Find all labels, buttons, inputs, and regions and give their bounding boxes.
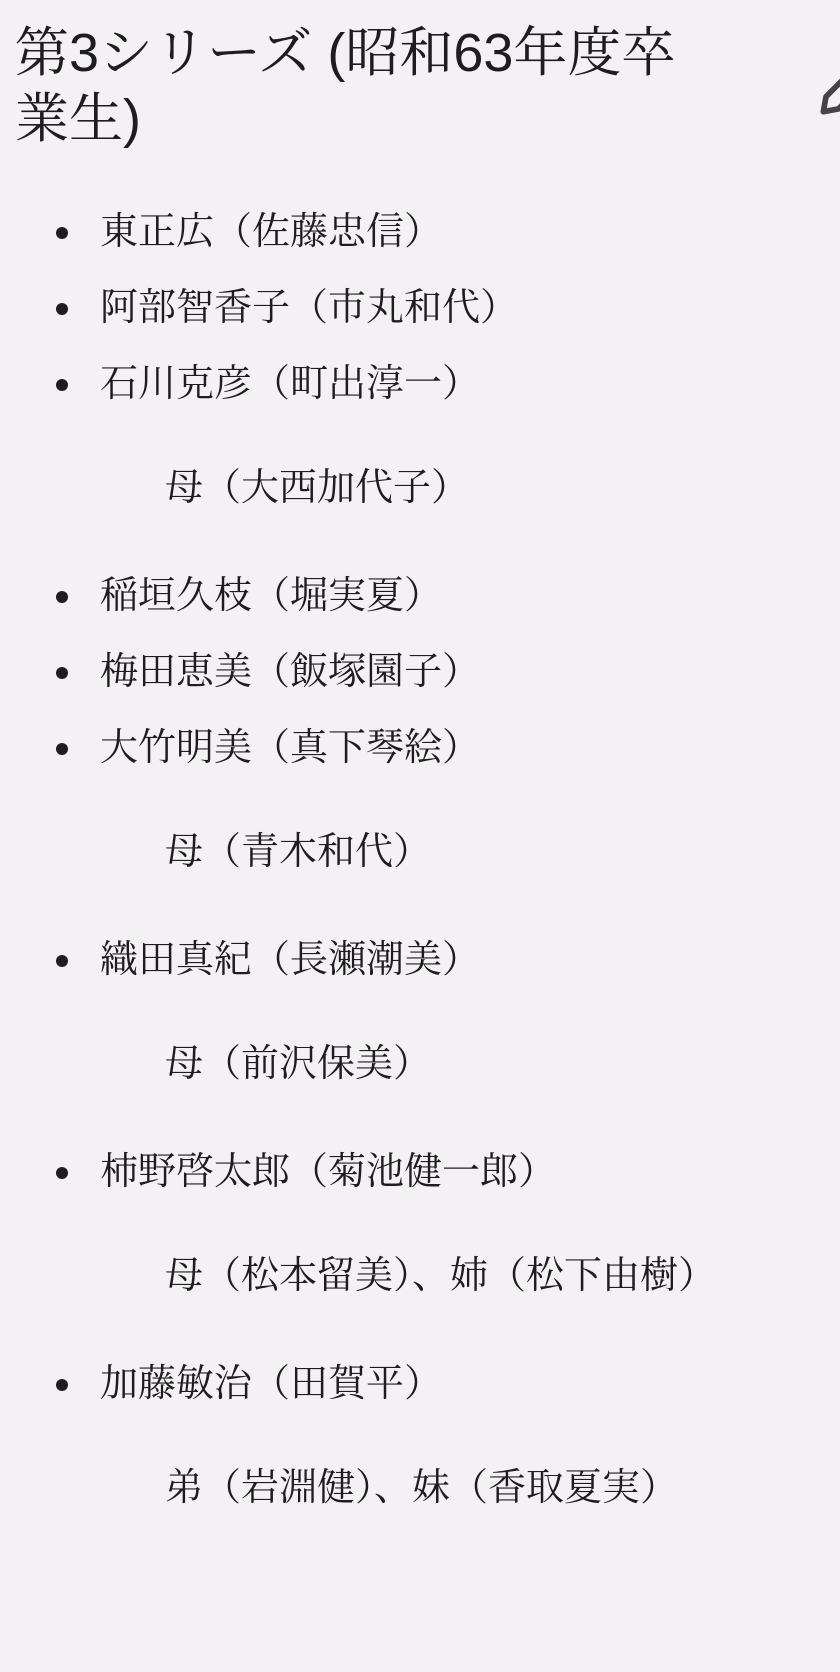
- cast-list-item: 大竹明美（真下琴絵） 母（青木和代）: [0, 726, 840, 874]
- cast-list-item: 阿部智香子（市丸和代）: [0, 286, 840, 330]
- pencil-edit-icon: [815, 40, 840, 120]
- cast-member-name: 加藤敏治（田賀平）: [100, 1363, 442, 1405]
- cast-list-item: 加藤敏治（田賀平） 弟（岩淵健）、妹（香取夏実）: [0, 1362, 840, 1510]
- cast-member-name: 大竹明美（真下琴絵）: [100, 727, 480, 769]
- section-title: 第3シリーズ (昭和63年度卒業生): [15, 23, 675, 149]
- cast-member-name: 梅田恵美（飯塚園子）: [100, 651, 480, 693]
- family-sublist: 母（松本留美）、姉（松下由樹）: [100, 1254, 840, 1298]
- cast-member-name: 阿部智香子（市丸和代）: [100, 287, 518, 329]
- cast-list-item: 織田真紀（長瀬潮美） 母（前沢保美）: [0, 938, 840, 1086]
- cast-list-item: 柿野啓太郎（菊池健一郎） 母（松本留美）、姉（松下由樹）: [0, 1150, 840, 1298]
- family-sublist: 母（大西加代子）: [100, 466, 840, 510]
- family-sublist: 母（前沢保美）: [100, 1042, 840, 1086]
- family-role-line: 弟（岩淵健）、妹（香取夏実）: [165, 1466, 840, 1510]
- cast-member-name: 柿野啓太郎（菊池健一郎）: [100, 1151, 556, 1193]
- cast-list: 東正広（佐藤忠信） 阿部智香子（市丸和代） 石川克彦（町出淳一） 母（大西加代子…: [0, 210, 840, 1510]
- family-role-line: 母（前沢保美）: [165, 1042, 840, 1086]
- cast-list-item: 梅田恵美（飯塚園子）: [0, 650, 840, 694]
- family-sublist: 弟（岩淵健）、妹（香取夏実）: [100, 1466, 840, 1510]
- cast-list-item: 東正広（佐藤忠信）: [0, 210, 840, 254]
- edit-section-button[interactable]: [815, 40, 840, 120]
- cast-list-item: 稲垣久枝（堀実夏）: [0, 574, 840, 618]
- cast-list-item: 石川克彦（町出淳一） 母（大西加代子）: [0, 362, 840, 510]
- cast-member-name: 稲垣久枝（堀実夏）: [100, 575, 442, 617]
- section-heading: 第3シリーズ (昭和63年度卒業生): [0, 0, 840, 152]
- article-section-page: 第3シリーズ (昭和63年度卒業生) 東正広（佐藤忠信） 阿部智香子（市丸和代）…: [0, 0, 840, 1672]
- family-role-line: 母（松本留美）、姉（松下由樹）: [165, 1254, 840, 1298]
- family-role-line: 母（大西加代子）: [165, 466, 840, 510]
- family-role-line: 母（青木和代）: [165, 830, 840, 874]
- cast-member-name: 織田真紀（長瀬潮美）: [100, 939, 480, 981]
- family-sublist: 母（青木和代）: [100, 830, 840, 874]
- cast-member-name: 石川克彦（町出淳一）: [100, 363, 480, 405]
- cast-member-name: 東正広（佐藤忠信）: [100, 211, 442, 253]
